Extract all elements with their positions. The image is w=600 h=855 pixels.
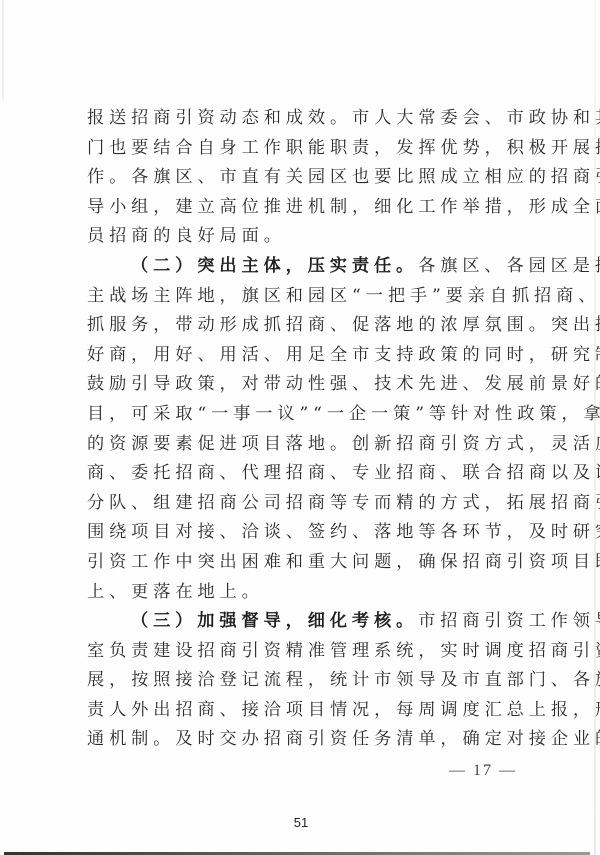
paragraph-2-line-1: （二）突出主体，压实责任。各旗区、各园区是招商引资的 (87, 252, 531, 282)
paragraph-3-line-1: （三）加强督导，细化考核。市招商引资工作领导小组办公 (87, 607, 531, 637)
page-number: — 17 — (448, 762, 518, 780)
paragraph-2-line-2: 主战场主阵地，旗区和园区“一把手”要亲自抓招商、抓协调、 (87, 282, 531, 312)
paragraph-1-line-5: 员招商的良好局面。 (87, 222, 531, 252)
document-page: 报送招商引资动态和成效。市人大常委会、市政协和其他市直部 门也要结合自身工作职能… (0, 0, 600, 855)
paragraph-1-line-1: 报送招商引资动态和成效。市人大常委会、市政协和其他市直部 (87, 104, 531, 134)
paragraph-2-line-11: 引资工作中突出困难和重大问题，确保招商引资项目既签在纸 (87, 548, 531, 578)
paragraph-2-line-6: 目，可采取“一事一议”“一企一策”等针对性政策，拿出最好 (87, 400, 531, 430)
paragraph-2-line-5: 鼓励引导政策，对带动性强、技术先进、发展前景好的产业项 (87, 370, 531, 400)
paragraph-1-line-2: 门也要结合自身工作职能职责，发挥优势，积极开展招商引资工 (87, 134, 531, 164)
paragraph-2-line-10: 围绕项目对接、洽谈、签约、落地等各环节，及时研究解决招商 (87, 518, 531, 548)
paragraph-1-line-4: 导小组，建立高位推进机制，细化工作举措，形成全面招商、全 (87, 193, 531, 223)
paragraph-3-line-2: 室负责建设招商引资精准管理系统，实时调度招商引资项目进 (87, 637, 531, 667)
paragraph-2-line-4: 好商，用好、用活、用足全市支持政策的同时，研究制定差异化 (87, 341, 531, 371)
scan-page-number: 51 (283, 815, 319, 830)
paragraph-3-line-3: 展，按照接洽登记流程，统计市领导及市直部门、各旗区主要负 (87, 666, 531, 696)
paragraph-3-line-4: 责人外出招商、接洽项目情况，每周调度汇总上报，形成上下联 (87, 696, 531, 726)
paragraph-3-line-5: 通机制。及时交办招商引资任务清单，确定对接企业的牵头市级 (87, 725, 531, 755)
scan-edge-right (594, 0, 596, 855)
paragraph-2-line-9: 分队、组建招商公司招商等专而精的方式，拓展招商引资渠道。 (87, 489, 531, 519)
section-heading-2: （二）突出主体，压实责任。 (131, 256, 418, 276)
section-heading-3: （三）加强督导，细化考核。 (131, 611, 418, 631)
paragraph-2-line-7: 的资源要素促进项目落地。创新招商引资方式，灵活应用定点招 (87, 430, 531, 460)
paragraph-2-line-1-text: 各旗区、各园区是招商引资的 (418, 256, 600, 276)
scan-edge-left (2, 0, 4, 100)
paragraph-1-line-3: 作。各旗区、市直有关园区也要比照成立相应的招商引资工作领 (87, 163, 531, 193)
paragraph-2-line-3: 抓服务，带动形成抓招商、促落地的浓厚氛围。突出招大商、招 (87, 311, 531, 341)
paragraph-3-line-1-text: 市招商引资工作领导小组办公 (418, 611, 600, 631)
paragraph-2-line-8: 商、委托招商、代理招商、专业招商、联合招商以及设立招商小 (87, 459, 531, 489)
document-body: 报送招商引资动态和成效。市人大常委会、市政协和其他市直部 门也要结合自身工作职能… (87, 104, 531, 755)
paragraph-2-line-12: 上、更落在地上。 (87, 578, 531, 608)
